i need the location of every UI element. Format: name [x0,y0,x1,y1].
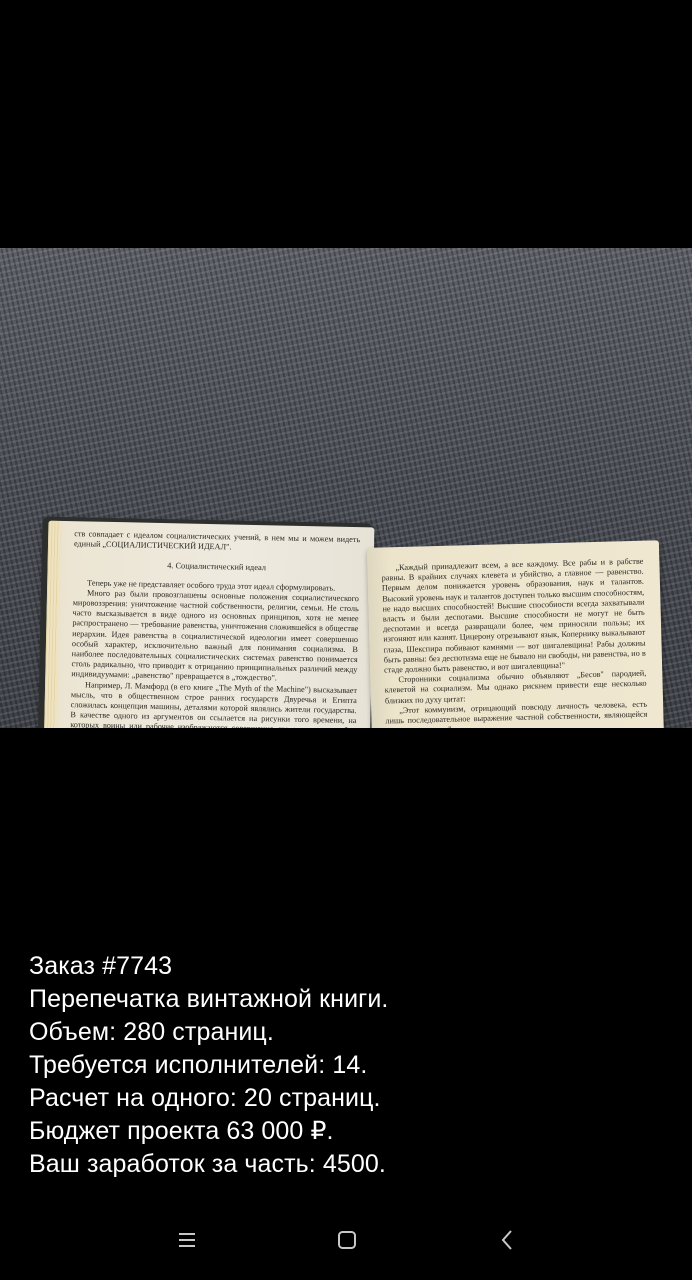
book-page-left: ств совпадает с идеалом социалистических… [40,521,375,728]
back-button[interactable] [490,1224,524,1258]
order-budget: Бюджет проекта 63 000 ₽. [29,1115,669,1148]
order-volume: Объем: 280 страниц. [29,1016,669,1049]
left-page-top-lines: ств совпадает с идеалом социалистических… [74,529,360,555]
order-per-person: Расчет на одного: 20 страниц. [29,1082,669,1115]
right-page-paragraph: „Каждый принадлежит всем, а все каждому.… [381,557,646,676]
order-earnings: Ваш заработок за часть: 4500. [29,1148,669,1181]
right-page-text: „Каждый принадлежит всем, а все каждому.… [381,557,651,728]
left-page-heading: 4. Социалистический идеал [73,560,359,576]
order-number: Заказ #7743 [29,950,669,983]
book-page-right: „Каждый принадлежит всем, а все каждому.… [367,540,669,728]
menu-lines-icon [170,1224,204,1258]
left-page-text: ств совпадает с идеалом социалистических… [68,529,360,728]
order-caption: Заказ #7743 Перепечатка винтажной книги.… [29,950,669,1181]
recent-apps-button[interactable] [170,1224,204,1258]
left-page-paragraph: Например, Л. Мамфорд (в его книге „The M… [70,680,357,728]
square-icon [330,1224,364,1258]
order-title: Перепечатка винтажной книги. [29,983,669,1016]
book-photo: ств совпадает с идеалом социалистических… [0,248,692,728]
order-performers: Требуется исполнителей: 14. [29,1049,669,1082]
system-navigation-bar [0,1210,692,1270]
chevron-left-icon [490,1224,524,1258]
home-button[interactable] [330,1224,364,1258]
left-page-paragraph: Много раз были провозглашены основные по… [71,588,359,686]
